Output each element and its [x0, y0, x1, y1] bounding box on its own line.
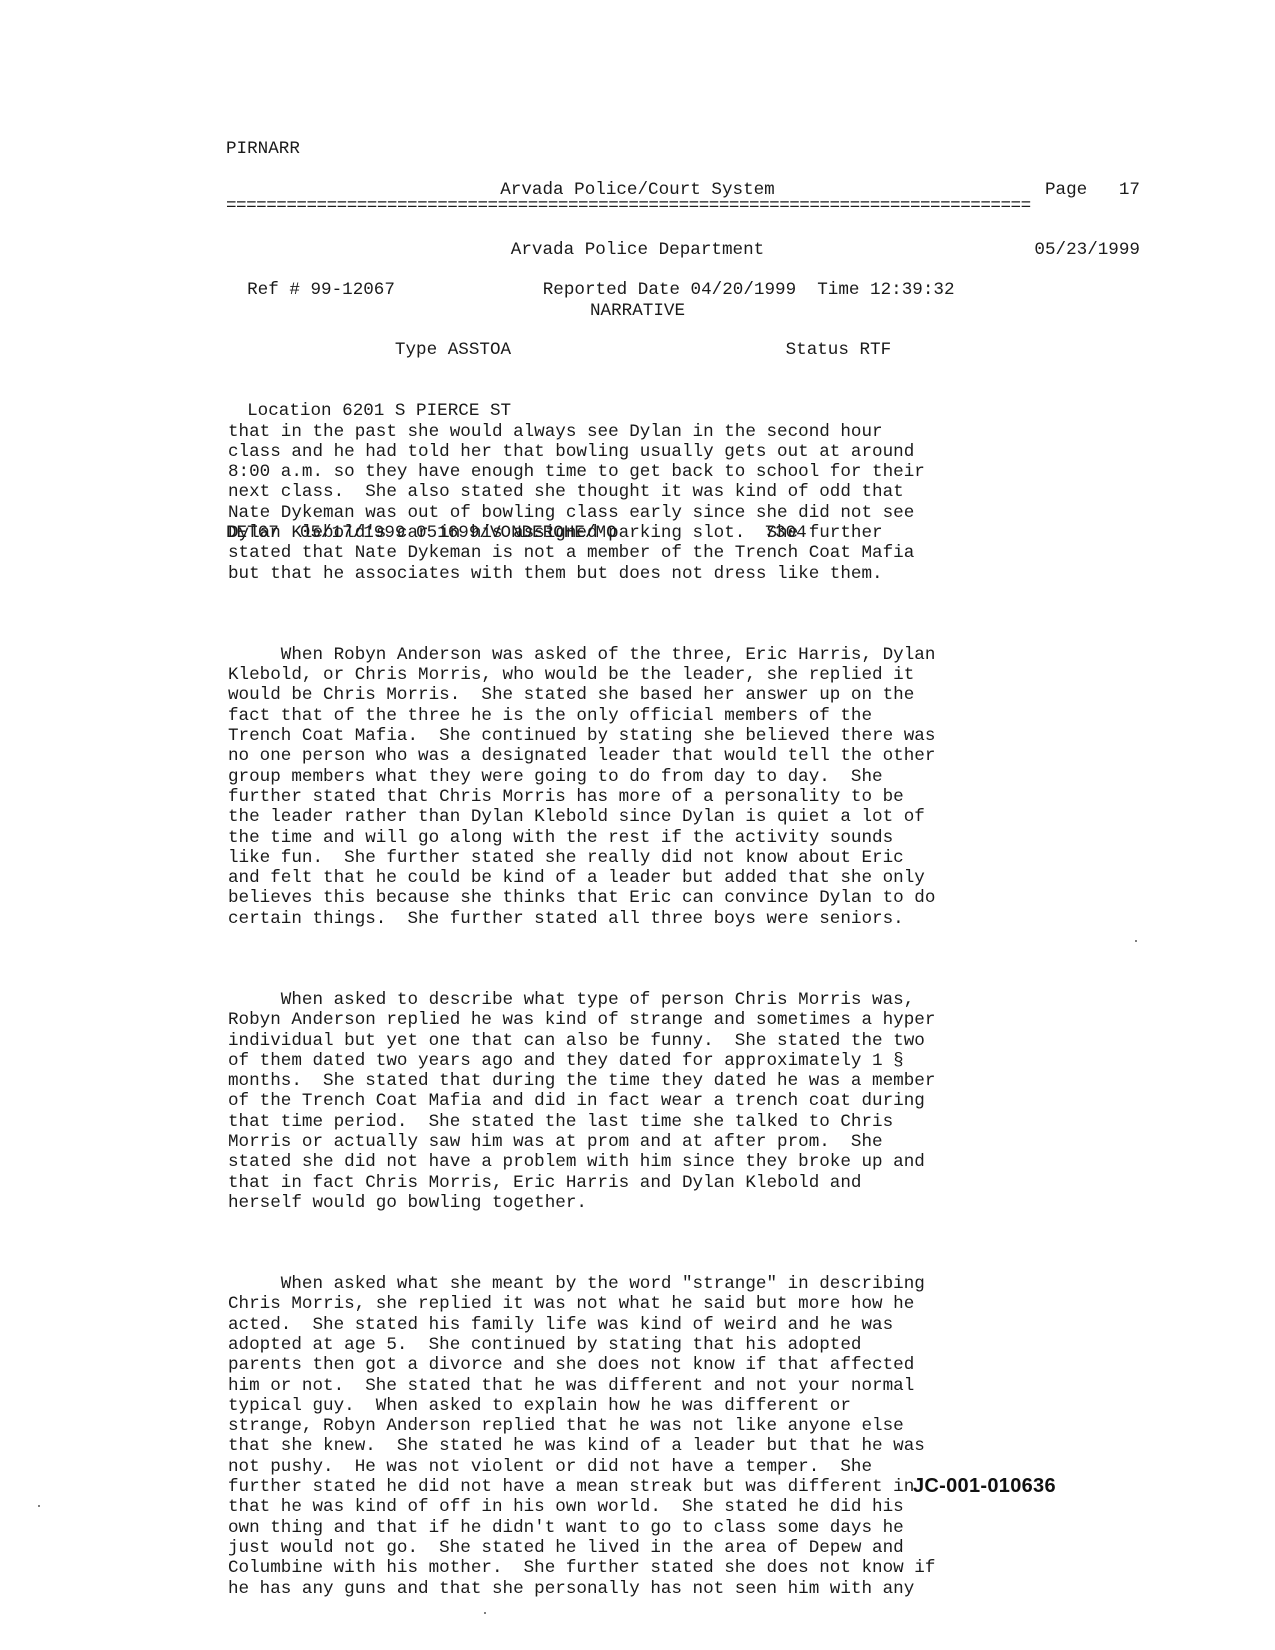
bates-stamp: JC-001-010636	[913, 1475, 1056, 1498]
narrative-paragraph: When asked to describe what type of pers…	[228, 990, 935, 1213]
scan-speck	[38, 1505, 40, 1507]
narrative-paragraph: When asked what she meant by the word "s…	[228, 1274, 935, 1599]
narrative-paragraph: When Robyn Anderson was asked of the thr…	[228, 645, 935, 929]
print-date: 05/23/1999	[1000, 240, 1140, 260]
narrative-body: that in the past she would always see Dy…	[228, 381, 935, 1639]
scan-speck	[484, 1612, 486, 1614]
scan-speck	[1135, 940, 1137, 942]
case-line-type-status: Type ASSTOA Status RTF	[226, 340, 955, 360]
case-line-ref-date-time: Ref # 99-12067 Reported Date 04/20/1999 …	[226, 280, 955, 300]
narrative-paragraph: that in the past she would always see Dy…	[228, 422, 935, 584]
header-divider: ========================================…	[226, 196, 1140, 216]
